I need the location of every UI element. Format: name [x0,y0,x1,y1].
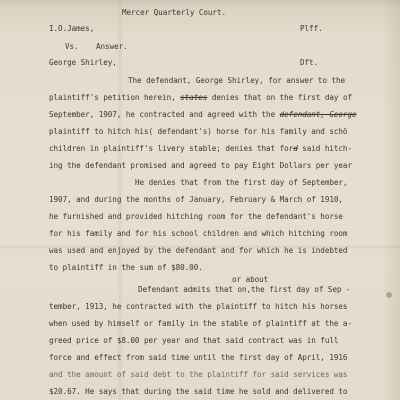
versus-label: Vs. [65,42,79,52]
body-line: greed price of $8.00 per year and that s… [49,336,338,346]
body-line: was used and enjoyed by the defendant an… [49,246,347,256]
struck-text: states [180,93,207,102]
body-line: 1907, and during the months of January, … [49,195,343,205]
body-line: plaintiff to hitch his( defendant's) hor… [49,127,347,137]
court-heading: Mercer Quarterly Court. [122,8,226,18]
body-line: force and effect from said time until th… [49,353,347,363]
body-line: children in plaintiff's livery stable; d… [49,144,352,154]
body-line: plaintiff's petition herein, states deni… [49,93,352,103]
scanned-document-page: Mercer Quarterly Court. I.O.James, Plff.… [0,0,400,400]
defendant-label: Dft. [300,58,318,68]
pleading-title: Answer. [96,42,128,52]
interlineation: or about [232,275,268,285]
body-text: September, 1907, he contracted and agree… [49,110,275,119]
paper-edge-shadow [382,0,400,400]
body-line: when used by himself or family in the st… [49,319,352,329]
body-text: children in plaintiff's livery stable; d… [49,144,293,153]
body-line: He denies that from the first day of Sep… [135,178,348,188]
struck-text: defendant, George [280,110,357,119]
plaintiff-label: Plff. [300,24,323,34]
body-line: The defendant, George Shirley, for answe… [128,76,345,86]
body-text: denies that on the first day of [212,93,352,102]
body-line: Defendant admits that on,the first day o… [138,285,351,295]
body-text: said hitch- [298,144,352,153]
body-line: he furnished and provided hitching room … [49,212,343,222]
body-line: to plaintiff in the sum of $80.00. [49,263,203,273]
body-line: for his family and for his school childr… [49,229,347,239]
body-text: plaintiff's petition herein, [49,93,176,102]
body-line: and the amount of said debt to the plain… [49,370,347,380]
body-line: ing the defendant promised and agreed to… [49,161,352,171]
body-line: $20.67. He says that during the said tim… [49,387,347,397]
plaintiff-name: I.O.James, [49,24,94,34]
body-line: September, 1907, he contracted and agree… [49,110,357,120]
defendant-name: George Shirley, [49,58,117,68]
ink-smudge [386,292,392,298]
body-line: tember, 1913, he contracted with the pla… [49,302,347,312]
